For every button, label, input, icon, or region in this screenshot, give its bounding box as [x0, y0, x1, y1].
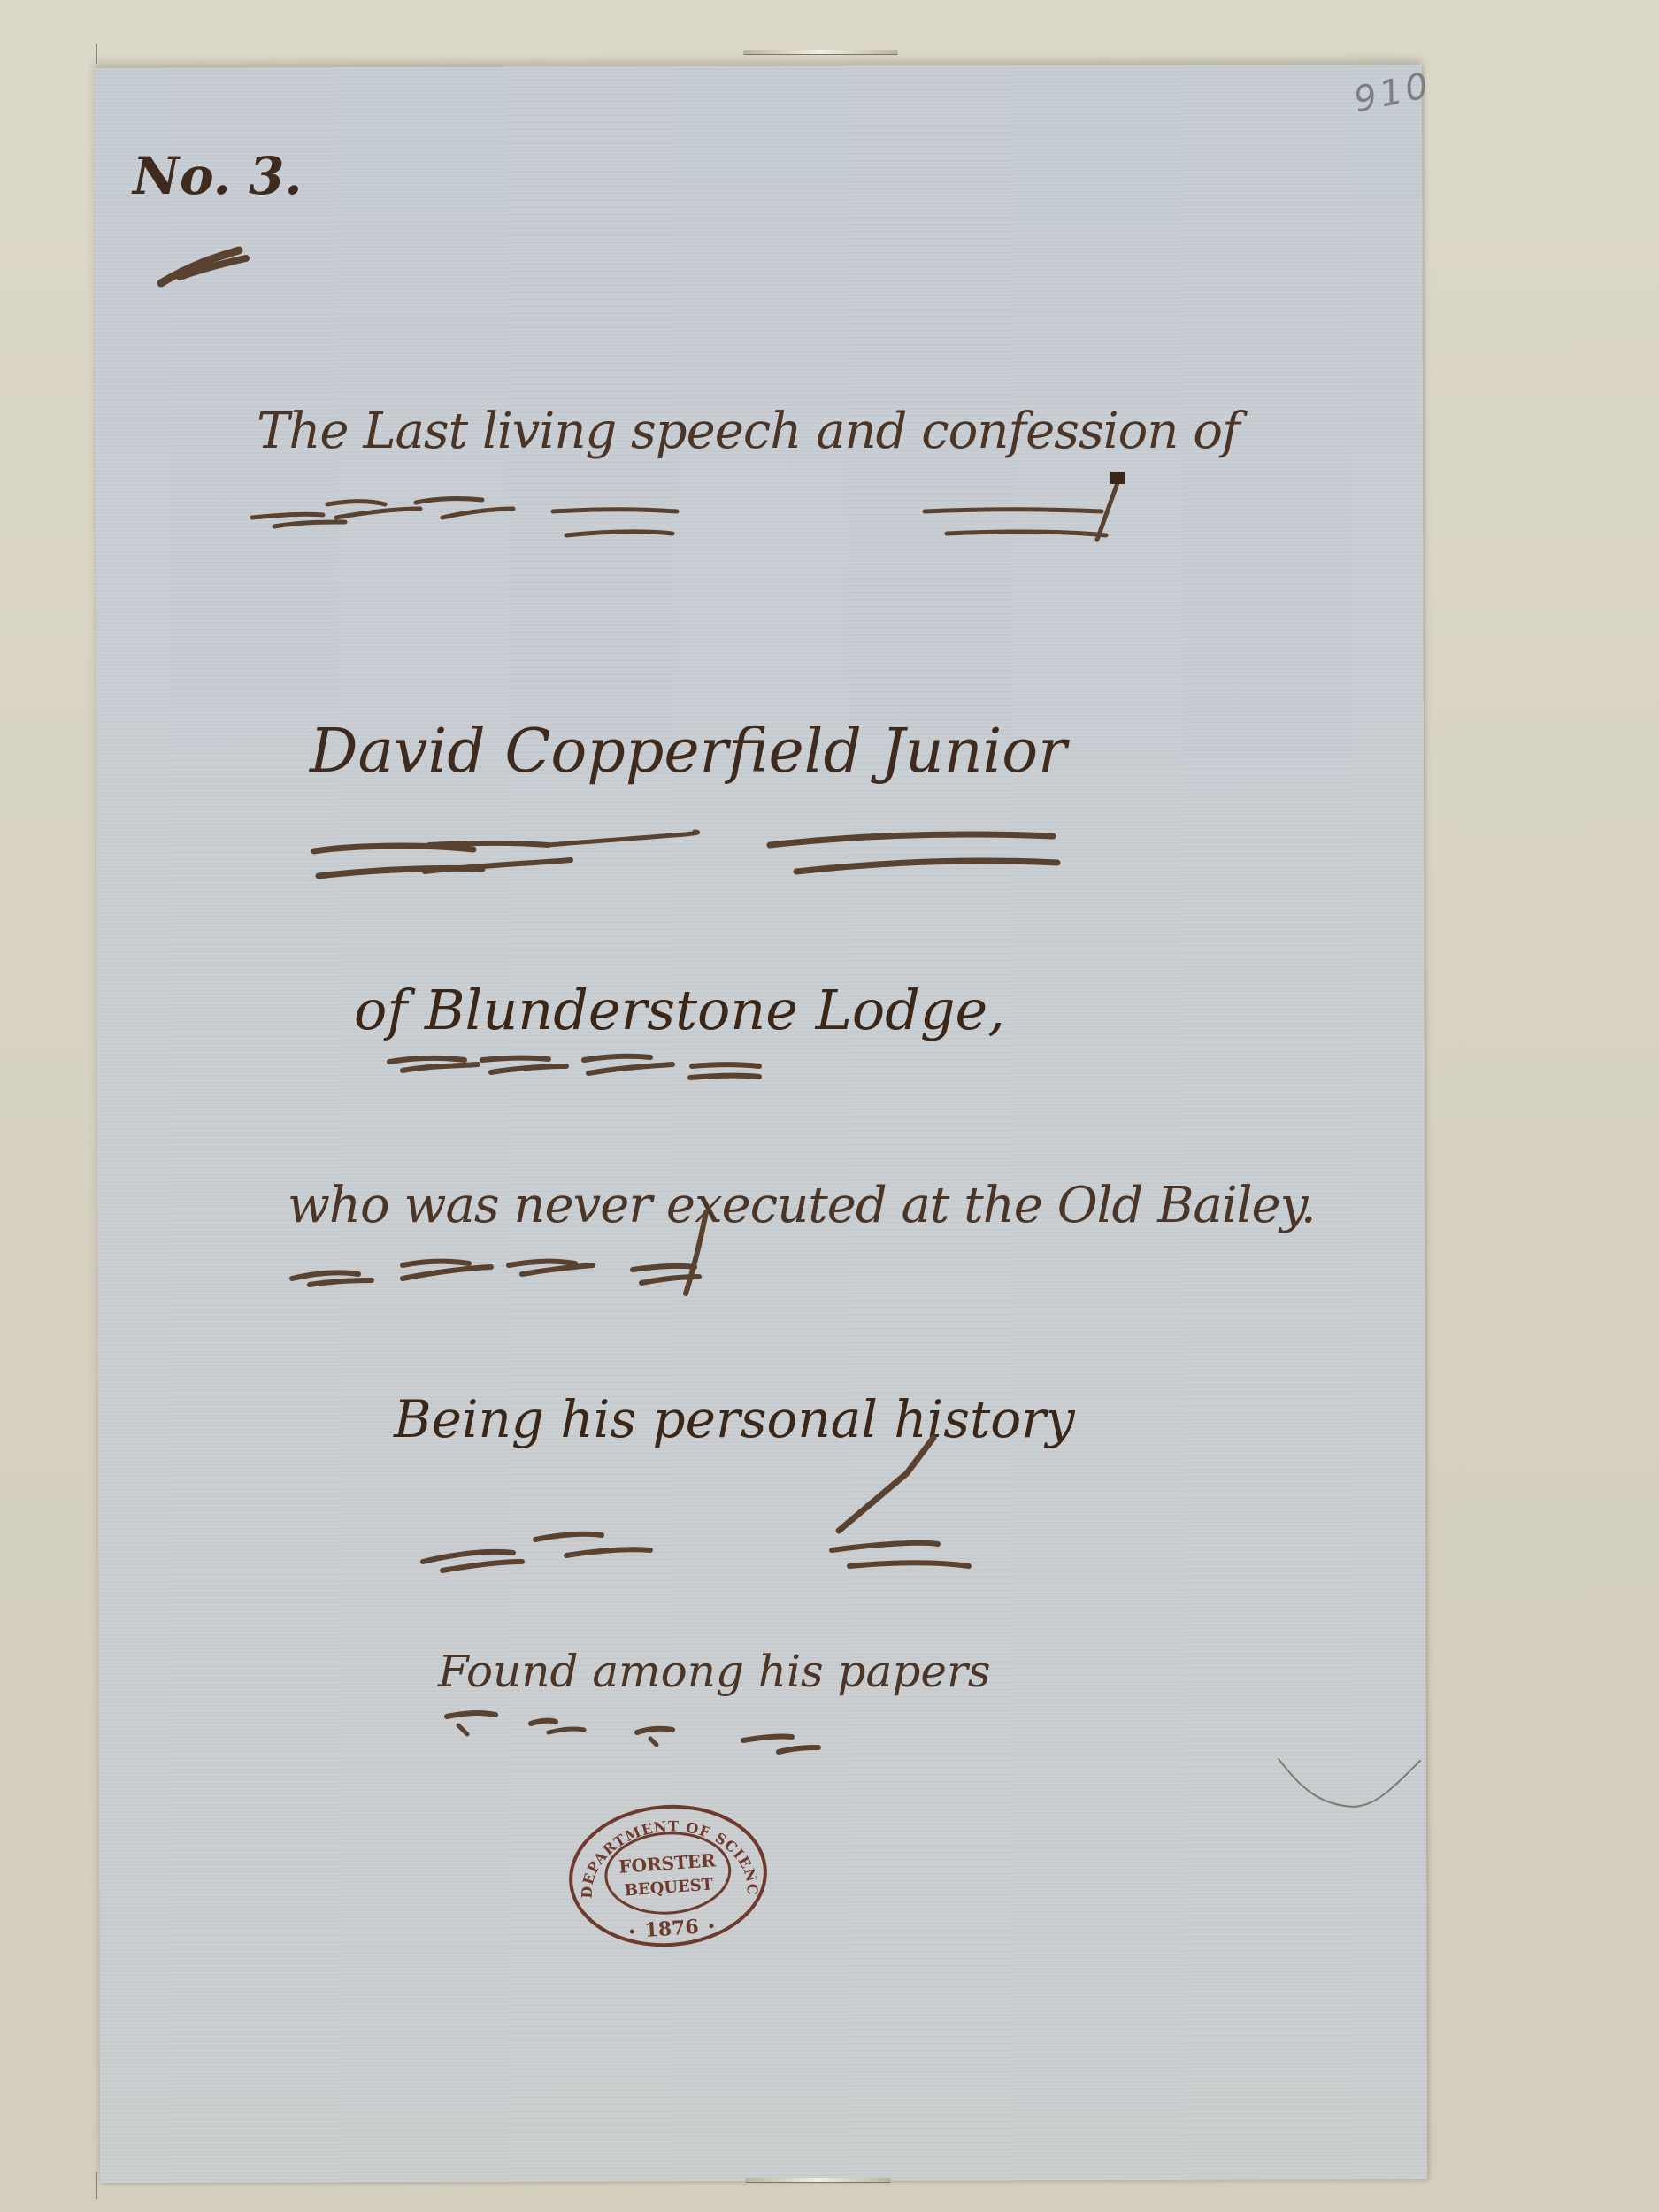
title-line-5: Being his personal history	[394, 1389, 1075, 1449]
stamp-year: 1876	[644, 1916, 700, 1942]
heading-number: No. 3.	[133, 146, 303, 206]
forster-bequest-stamp: DEPARTMENT OF SCIENCE & ART FORSTER BEQU…	[559, 1793, 777, 1958]
title-line-3: of Blunderstone Lodge,	[354, 978, 1005, 1042]
top-pin	[743, 50, 898, 55]
stamp-inner-line-1: FORSTER	[618, 1849, 717, 1878]
title-line-4: who was never executed at the Old Bailey…	[288, 1177, 1316, 1234]
title-line-1: The Last living speech and confession of	[257, 403, 1240, 460]
stamp-inner-line-2: BEQUEST	[624, 1875, 714, 1900]
bottom-pin	[745, 2178, 891, 2183]
title-line-2: David Copperfield Junior	[310, 717, 1067, 787]
title-line-6: Found among his papers	[438, 1646, 991, 1697]
mount-edge-mark	[96, 2172, 97, 2199]
mount-edge-mark	[96, 44, 97, 64]
